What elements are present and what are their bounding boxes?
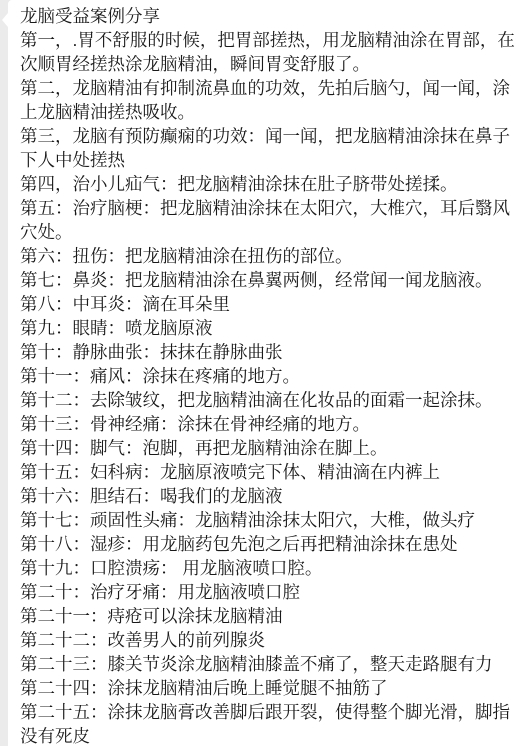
case-item: 第二十：治疗牙痛：用龙脑液喷口腔	[20, 580, 520, 604]
message-text: 龙脑受益案例分享 第一，.胃不舒服的时候，把胃部搓热，用龙脑精油涂在胃部，在次顺…	[20, 4, 520, 746]
case-item: 第七：鼻炎：把龙脑精油涂在鼻翼两侧，经常闻一闻龙脑液。	[20, 268, 520, 292]
case-item: 第十四：脚气：泡脚，再把龙脑精油涂在脚上。	[20, 436, 520, 460]
case-item: 第五：治疗脑梗：把龙脑精油涂抹在太阳穴，大椎穴，耳后翳风穴处。	[20, 196, 520, 244]
case-item: 第十：静脉曲张：抹抹在静脉曲张	[20, 340, 520, 364]
case-item: 第十六：胆结石：喝我们的龙脑液	[20, 484, 520, 508]
case-item: 第三，龙脑有预防癫痫的功效：闻一闻，把龙脑精油涂抹在鼻子下人中处搓热	[20, 124, 520, 172]
case-item: 第十八：湿疹：用龙脑药包先泡之后再把精油涂抹在患处	[20, 532, 520, 556]
chat-background: 龙脑受益案例分享 第一，.胃不舒服的时候，把胃部搓热，用龙脑精油涂在胃部，在次顺…	[0, 0, 529, 746]
case-item: 第十七：顽固性头痛：龙脑精油涂抹太阳穴，大椎，做头疗	[20, 508, 520, 532]
case-item: 第二十三：膝关节炎涂龙脑精油膝盖不痛了，整天走路腿有力	[20, 652, 520, 676]
case-item: 第十九：口腔溃疡： 用龙脑液喷口腔。	[20, 556, 520, 580]
case-item: 第八：中耳炎：滴在耳朵里	[20, 292, 520, 316]
case-item: 第二十四：涂抹龙脑精油后晚上睡觉腿不抽筋了	[20, 676, 520, 700]
case-item: 第二十一：痔疮可以涂抹龙脑精油	[20, 604, 520, 628]
message-bubble[interactable]: 龙脑受益案例分享 第一，.胃不舒服的时候，把胃部搓热，用龙脑精油涂在胃部，在次顺…	[8, 0, 529, 746]
case-item: 第二十二：改善男人的前列腺炎	[20, 628, 520, 652]
case-item: 第六：扭伤：把龙脑精油涂在扭伤的部位。	[20, 244, 520, 268]
case-list: 第一，.胃不舒服的时候，把胃部搓热，用龙脑精油涂在胃部，在次顺胃经搓热涂龙脑精油…	[20, 28, 520, 746]
case-item: 第十五：妇科病：龙脑原液喷完下体、精油滴在内裤上	[20, 460, 520, 484]
case-item: 第十一：痛风：涂抹在疼痛的地方。	[20, 364, 520, 388]
case-item: 第一，.胃不舒服的时候，把胃部搓热，用龙脑精油涂在胃部，在次顺胃经搓热涂龙脑精油…	[20, 28, 520, 76]
case-item: 第四，治小儿疝气：把龙脑精油涂抹在肚子脐带处搓揉。	[20, 172, 520, 196]
case-item: 第十三：骨神经痛：涂抹在骨神经痛的地方。	[20, 412, 520, 436]
case-item: 第二十五：涂抹龙脑膏改善脚后跟开裂，使得整个脚光滑，脚指没有死皮	[20, 700, 520, 746]
message-title: 龙脑受益案例分享	[20, 4, 520, 28]
case-item: 第二，龙脑精油有抑制流鼻血的功效，先拍后脑勺，闻一闻，涂上龙脑精油搓热吸收。	[20, 76, 520, 124]
bubble-tail-icon	[2, 13, 8, 27]
case-item: 第十二：去除皱纹，把龙脑精油滴在化妆品的面霜一起涂抹。	[20, 388, 520, 412]
case-item: 第九：眼睛：喷龙脑原液	[20, 316, 520, 340]
